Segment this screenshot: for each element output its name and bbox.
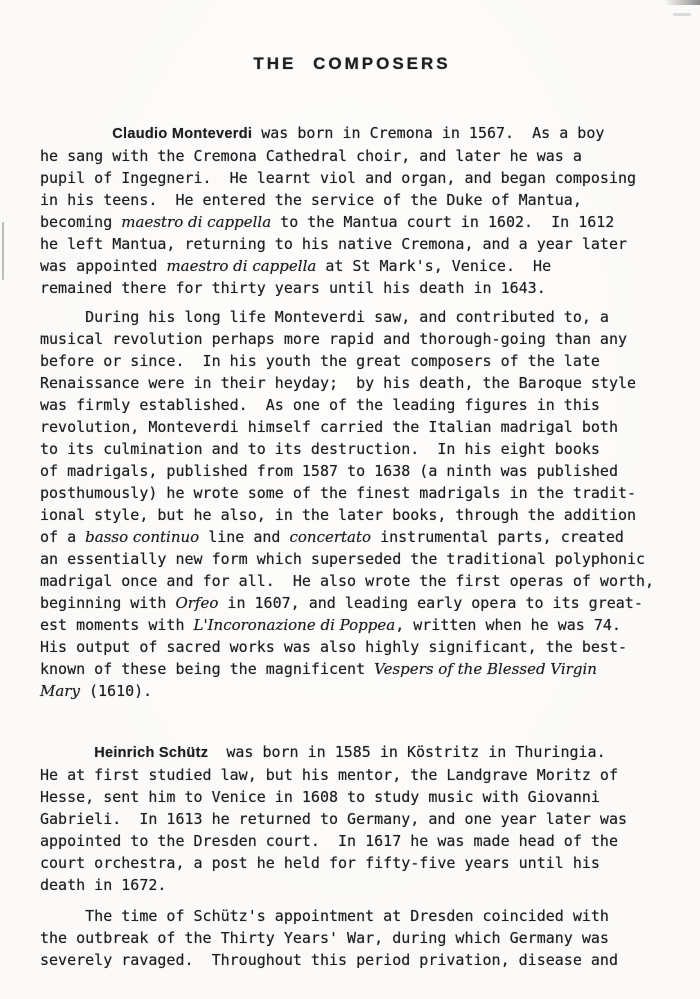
text-line: was appointed maestro di cappella at St …: [40, 255, 664, 277]
text-segment: at St Mark's, Venice. He: [316, 257, 551, 275]
text-line: He at first studied law, but his mentor,…: [40, 764, 664, 786]
text-segment: madrigal once and for all. He also wrote…: [40, 572, 654, 590]
text-line: posthumously) he wrote some of the fines…: [40, 482, 664, 504]
text-segment: line and: [199, 528, 289, 546]
text-line: of a basso continuo line and concertato …: [40, 526, 664, 548]
text-line: Renaissance were in their heyday; by his…: [40, 372, 664, 394]
text-segment: est moments with: [40, 616, 194, 634]
italic-term: maestro di cappella: [166, 257, 316, 275]
text-segment: an essentially new form which superseded…: [40, 550, 645, 568]
text-line: During his long life Monteverdi saw, and…: [40, 306, 664, 328]
text-line: revolution, Monteverdi himself carried t…: [40, 416, 664, 438]
text-segment: known of these being the magnificent: [40, 660, 374, 678]
text-line: His output of sacred works was also high…: [40, 636, 664, 658]
text-line: madrigal once and for all. He also wrote…: [40, 570, 664, 592]
text-segment: musical revolution perhaps more rapid an…: [40, 330, 627, 348]
italic-term: L'Incoronazione di Poppea: [194, 616, 396, 634]
document-body: Claudio Monteverdi was born in Cremona i…: [40, 122, 664, 971]
italic-term: concertato: [289, 528, 371, 546]
text-segment: becoming: [40, 213, 121, 231]
text-segment: severely ravaged. Throughout this period…: [40, 951, 618, 969]
text-segment: court orchestra, a post he held for fift…: [40, 854, 600, 872]
text-segment: Gabrieli. In 1613 he returned to Germany…: [40, 810, 627, 828]
text-segment: he left Mantua, returning to his native …: [40, 235, 627, 253]
text-segment: remained there for thirty years until hi…: [40, 279, 546, 297]
scan-smudge-top-right-2: [673, 13, 691, 16]
italic-term: Orfeo: [175, 594, 218, 612]
text-line: he sang with the Cremona Cathedral choir…: [40, 145, 664, 167]
text-line: beginning with Orfeo in 1607, and leadin…: [40, 592, 664, 614]
text-line: appointed to the Dresden court. In 1617 …: [40, 830, 664, 852]
page-title: THE COMPOSERS: [40, 55, 664, 72]
text-line: becoming maestro di cappella to the Mant…: [40, 211, 664, 233]
text-segment: Hesse, sent him to Venice in 1608 to stu…: [40, 788, 600, 806]
text-line: court orchestra, a post he held for fift…: [40, 852, 664, 874]
text-segment: Renaissance were in their heyday; by his…: [40, 374, 636, 392]
text-line: Heinrich Schütz was born in 1585 in Köst…: [40, 741, 664, 764]
text-line: remained there for thirty years until hi…: [40, 277, 664, 299]
text-segment: to the Mantua court in 1602. In 1612: [271, 213, 614, 231]
text-segment: He at first studied law, but his mentor,…: [40, 766, 618, 784]
scan-artifact-left-edge: [2, 222, 4, 280]
text-line: was firmly established. As one of the le…: [40, 394, 664, 416]
italic-term: Mary: [40, 682, 80, 700]
text-segment: was born in Cremona in 1567. As a boy: [252, 124, 604, 142]
text-segment: was born in 1585 in Köstritz in Thuringi…: [208, 743, 605, 761]
text-line: to its culmination and to its destructio…: [40, 438, 664, 460]
monteverdi-intro-paragraph: Claudio Monteverdi was born in Cremona i…: [40, 122, 664, 299]
text-segment: posthumously) he wrote some of the fines…: [40, 484, 636, 502]
text-line: The time of Schütz's appointment at Dres…: [40, 905, 664, 927]
text-line: Hesse, sent him to Venice in 1608 to stu…: [40, 786, 664, 808]
text-segment: before or since. In his youth the great …: [40, 352, 600, 370]
text-line: known of these being the magnificent Ves…: [40, 658, 664, 680]
text-line: death in 1672.: [40, 874, 664, 896]
text-segment: The time of Schütz's appointment at Dres…: [40, 907, 609, 925]
text-line: before or since. In his youth the great …: [40, 350, 664, 372]
text-line: he left Mantua, returning to his native …: [40, 233, 664, 255]
italic-term: Vespers of the Blessed Virgin: [374, 660, 597, 678]
text-line: of madrigals, published from 1587 to 163…: [40, 460, 664, 482]
text-line: est moments with L'Incoronazione di Popp…: [40, 614, 664, 636]
text-segment: (1610).: [80, 682, 152, 700]
text-line: musical revolution perhaps more rapid an…: [40, 328, 664, 350]
text-segment: pupil of Ingegneri. He learnt viol and o…: [40, 169, 636, 187]
italic-term: basso continuo: [85, 528, 199, 546]
text-segment: in his teens. He entered the service of …: [40, 191, 582, 209]
scan-smudge-top-right: [664, 0, 700, 5]
text-segment: , written when he was 74.: [395, 616, 621, 634]
text-segment: in 1607, and leading early opera to its …: [218, 594, 642, 612]
text-line: Claudio Monteverdi was born in Cremona i…: [40, 122, 664, 145]
schutz-dresden-paragraph: The time of Schütz's appointment at Dres…: [40, 905, 664, 971]
text-segment: was appointed: [40, 257, 166, 275]
text-segment: instrumental parts, created: [371, 528, 624, 546]
text-segment: beginning with: [40, 594, 175, 612]
text-segment: of a: [40, 528, 85, 546]
text-segment: During his long life Monteverdi saw, and…: [40, 308, 609, 326]
text-line: the outbreak of the Thirty Years' War, d…: [40, 927, 664, 949]
text-segment: to its culmination and to its destructio…: [40, 440, 600, 458]
text-line: Mary (1610).: [40, 680, 664, 702]
composer-name: Heinrich Schütz: [94, 745, 208, 761]
text-segment: death in 1672.: [40, 876, 166, 894]
text-segment: revolution, Monteverdi himself carried t…: [40, 418, 618, 436]
italic-term: maestro di cappella: [121, 213, 271, 231]
text-segment: of madrigals, published from 1587 to 163…: [40, 462, 618, 480]
text-segment: [40, 743, 94, 761]
schutz-intro-paragraph: Heinrich Schütz was born in 1585 in Köst…: [40, 741, 664, 896]
composer-name: Claudio Monteverdi: [112, 126, 252, 142]
text-line: pupil of Ingegneri. He learnt viol and o…: [40, 167, 664, 189]
text-segment: appointed to the Dresden court. In 1617 …: [40, 832, 618, 850]
text-segment: [40, 124, 112, 142]
text-segment: he sang with the Cremona Cathedral choir…: [40, 147, 582, 165]
text-segment: ional style, but he also, in the later b…: [40, 506, 636, 524]
text-segment: was firmly established. As one of the le…: [40, 396, 600, 414]
document-page: THE COMPOSERS Claudio Monteverdi was bor…: [0, 0, 700, 999]
monteverdi-revolution-paragraph: During his long life Monteverdi saw, and…: [40, 306, 664, 702]
text-line: ional style, but he also, in the later b…: [40, 504, 664, 526]
text-line: Gabrieli. In 1613 he returned to Germany…: [40, 808, 664, 830]
text-segment: the outbreak of the Thirty Years' War, d…: [40, 929, 609, 947]
text-line: an essentially new form which superseded…: [40, 548, 664, 570]
text-segment: His output of sacred works was also high…: [40, 638, 627, 656]
text-line: in his teens. He entered the service of …: [40, 189, 664, 211]
text-line: severely ravaged. Throughout this period…: [40, 949, 664, 971]
